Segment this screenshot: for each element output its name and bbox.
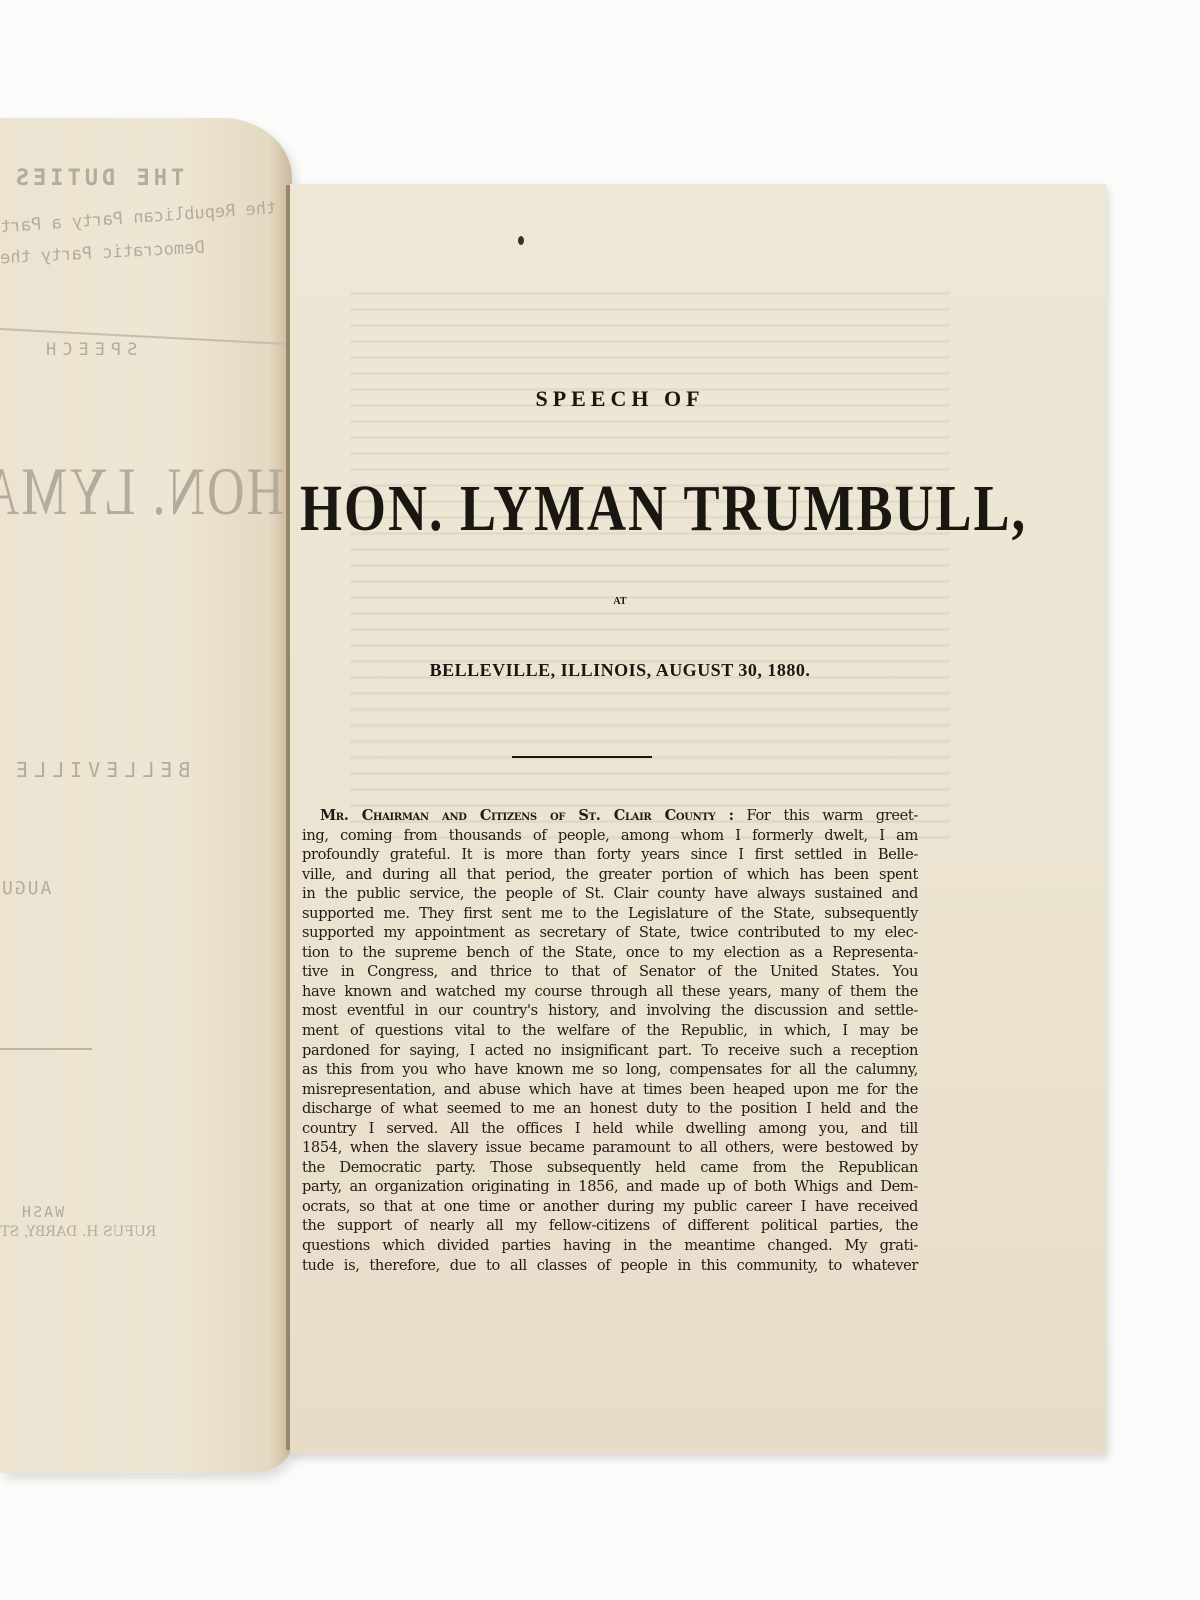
text-line: most eventful in our country's history, … [302,1001,918,1021]
text-line: ment of questions vital to the welfare o… [302,1021,918,1041]
mirrored-text: AUGU [0,878,51,899]
text-line: ing, coming from thousands of people, am… [302,826,918,846]
show-through-texture [350,279,950,839]
mirrored-text: Democratic Party the [0,238,205,269]
ink-speck [518,236,524,245]
place-and-date: BELLEVILLE, ILLINOIS, AUGUST 30, 1880. [290,660,950,681]
mirrored-text: HON. LYMAN [0,454,284,531]
text-line: in the public service, the people of St.… [302,884,918,904]
text-line: questions which divided parties having i… [302,1236,918,1256]
left-page-verso: THE DUTIES OF the Republican Party a Par… [0,118,292,1473]
divider [0,1048,92,1050]
mirrored-text: BELLEVILLE [10,758,190,782]
mirrored-text: SPEECH [40,340,137,360]
salutation: Mr. Chairman and Citizens of St. Clair C… [320,807,734,824]
text-line: misrepresentation, and abuse which have … [302,1080,918,1100]
heading-speech-of: SPEECH OF [290,386,950,412]
text-line: ocrats, so that at one time or another d… [302,1197,918,1217]
text-line: party, an organization originating in 18… [302,1177,918,1197]
text-line: supported me. They first sent me to the … [302,904,918,924]
text-line: tive in Congress, and thrice to that of … [302,962,918,982]
text-line: profoundly grateful. It is more than for… [302,845,918,865]
text-line: ville, and during all that period, the g… [302,865,918,885]
mirrored-text: RUFUS H. DARBY, STE [0,1224,156,1240]
text-line: pardoned for saying, I acted no insignif… [302,1041,918,1061]
text-line: the support of nearly all my fellow-citi… [302,1216,918,1236]
text-line: tude is, therefore, due to all classes o… [302,1256,918,1276]
mirrored-text: THE DUTIES OF [0,166,184,191]
text-line: country I served. All the offices I held… [302,1119,918,1139]
text-line: have known and watched my course through… [302,982,918,1002]
text-line: 1854, when the slavery issue became para… [302,1138,918,1158]
speech-body: Mr. Chairman and Citizens of St. Clair C… [302,806,918,1275]
text-line: tion to the supreme bench of the State, … [302,943,918,963]
right-page-recto: SPEECH OF HON. LYMAN TRUMBULL, AT BELLEV… [290,184,1106,1454]
speaker-name-title: HON. LYMAN TRUMBULL, [300,470,960,546]
text-line: the Democratic party. Those subsequently… [302,1158,918,1178]
text-line: supported my appointment as secretary of… [302,923,918,943]
heading-at: AT [290,596,950,607]
title-rule [512,756,652,758]
text-line: Mr. Chairman and Citizens of St. Clair C… [302,806,918,826]
mirrored-text: WASH [20,1203,64,1221]
text-line: discharge of what seemed to me an honest… [302,1099,918,1119]
text-line: as this from you who have known me so lo… [302,1060,918,1080]
mirrored-text: the Republican Party a Party [0,198,277,238]
